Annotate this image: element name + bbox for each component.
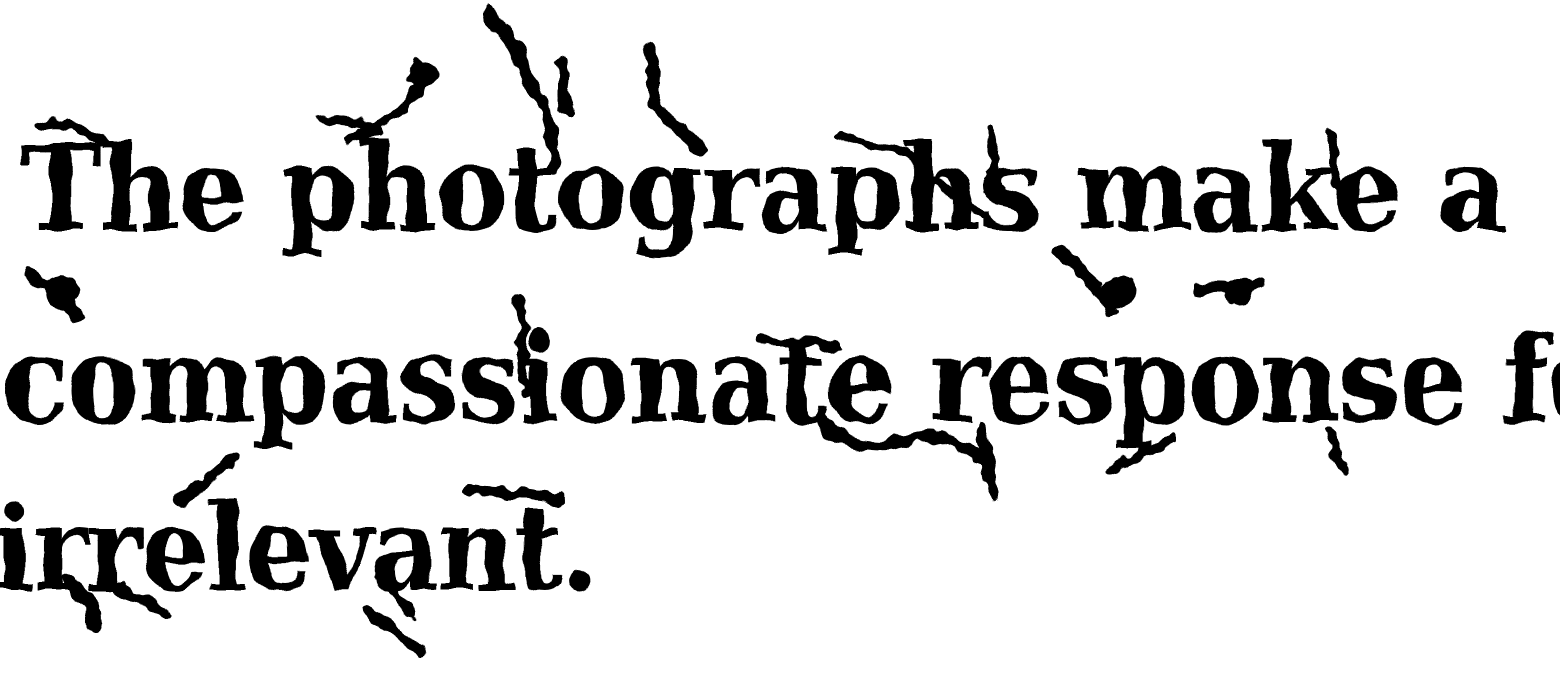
captcha-text-line-2: compassionate response feel: [2, 318, 1560, 440]
captcha-text-line-1: The photographs make a: [20, 130, 1507, 248]
captcha-text-line-3: irrelevant.: [0, 490, 596, 608]
captcha-image: The photographs make a compassionate res…: [0, 0, 1560, 682]
